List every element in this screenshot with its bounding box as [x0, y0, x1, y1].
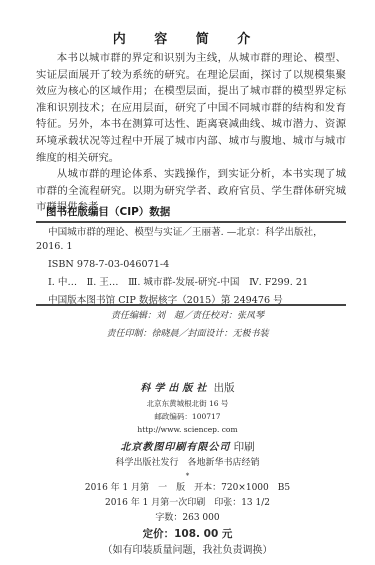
cip-title-line-cont: 2016. 1 — [36, 240, 346, 254]
publisher-brand: 科学出版社 — [140, 383, 210, 394]
cip-number: 中国版本图书馆 CIP 数据核字（2015）第 249476 号 — [36, 294, 346, 308]
content-summary-title: 内 容 简 介 — [0, 28, 375, 47]
printing-line: 2016 年 1 月第一次印刷 印张：13 1/2 — [0, 496, 375, 511]
cip-top-rule — [36, 221, 346, 223]
credits-editor-line: 责任编辑：刘 超／责任校对：张凤琴 — [0, 307, 375, 325]
publisher-address: 北京东黄城根北街 16 号 — [0, 397, 375, 410]
printer-line: 北京教图印刷有限公司 印刷 — [0, 439, 375, 456]
credits: 责任编辑：刘 超／责任校对：张凤琴 责任印制：徐晓晨／封面设计：无极书装 — [0, 307, 375, 343]
publisher-suffix: 出版 — [214, 382, 235, 394]
printer-suffix: 印刷 — [234, 441, 255, 453]
summary-paragraph: 本书以城市群的界定和识别为主线，从城市群的理论、模型、实证层面展开了较为系统的研… — [36, 50, 346, 166]
printer-brand: 北京教图印刷有限公司 — [120, 442, 230, 453]
distribution-line: 科学出版社发行 各地新华书店经销 — [0, 456, 375, 471]
separator-star: * — [0, 471, 375, 481]
publisher-line: 科学出版社 出版 — [0, 380, 375, 397]
colophon: 科学出版社 出版 北京东黄城根北街 16 号 邮政编码：100717 http:… — [0, 380, 375, 559]
cip-heading: 图书在版编目（CIP）数据 — [46, 204, 170, 219]
cip-bottom-rule — [36, 304, 346, 306]
word-count: 字数：263 000 — [0, 511, 375, 526]
publisher-postcode: 邮政编码：100717 — [0, 410, 375, 423]
cip-isbn: ISBN 978-7-03-046071-4 — [36, 258, 346, 272]
price: 定价：108. 00 元 — [0, 526, 375, 543]
edition-line: 2016 年 1 月第 一 版 开本：720×1000 B5 — [0, 481, 375, 496]
cip-classification: Ⅰ. 中… Ⅱ. 王… Ⅲ. 城市群-发展-研究-中国 Ⅳ. F299. 21 — [36, 276, 346, 290]
publisher-website: http://www. sciencep. com — [0, 423, 375, 436]
cip-title-line: 中国城市群的理论、模型与实证／王丽著. —北京：科学出版社， — [36, 226, 346, 240]
cip-block: 中国城市群的理论、模型与实证／王丽著. —北京：科学出版社， 2016. 1 I… — [36, 226, 346, 312]
content-summary-body: 本书以城市群的界定和识别为主线，从城市群的理论、模型、实证层面展开了较为系统的研… — [36, 50, 346, 216]
credits-print-line: 责任印制：徐晓晨／封面设计：无极书装 — [0, 325, 375, 343]
quality-note: （如有印装质量问题，我社负责调换） — [0, 543, 375, 559]
